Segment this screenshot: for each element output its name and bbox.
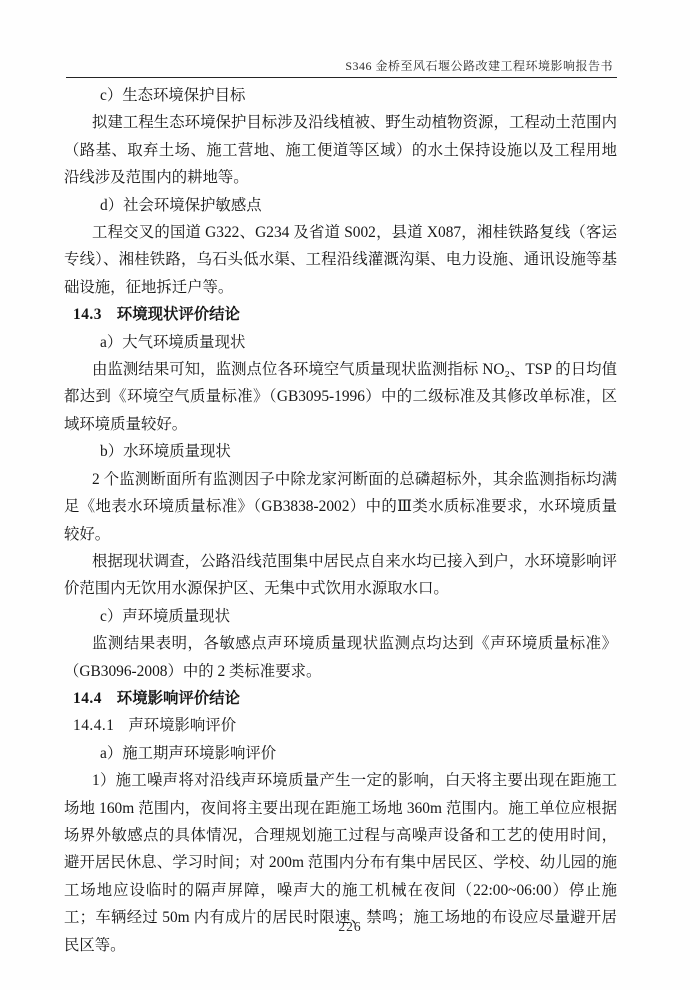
section-title: 声环境影响评价 [128, 717, 236, 734]
section-number: 14.4 [73, 690, 102, 707]
header-rule [66, 77, 617, 78]
section-title: 环境影响评价结论 [117, 690, 240, 707]
document-page: S346 金桥至风石堰公路改建工程环境影响报告书 c）生态环境保护目标 拟建工程… [0, 0, 700, 990]
page-footer: 226 [0, 918, 700, 936]
list-item-construction-noise: a）施工期声环境影响评价 [64, 740, 617, 767]
document-body: c）生态环境保护目标 拟建工程生态环境保护目标涉及沿线植被、野生动植物资源，工程… [64, 82, 617, 959]
section-heading-14-4: 14.4 环境影响评价结论 [73, 685, 617, 712]
paragraph-social-sensitive: 工程交叉的国道 G322、G234 及省道 S002，县道 X087，湘桂铁路复… [64, 219, 617, 301]
page-number: 226 [338, 919, 361, 935]
paragraph-noise-quality: 监测结果表明，各敏感点声环境质量现状监测点均达到《声环境质量标准》（GB3096… [64, 630, 617, 685]
list-item-noise-quality: c）声环境质量现状 [64, 603, 617, 630]
paragraph-eco-target: 拟建工程生态环境保护目标涉及沿线植被、野生动植物资源，工程动土范围内（路基、取弃… [64, 109, 617, 191]
section-title: 环境现状评价结论 [117, 306, 240, 323]
paragraph-water-quality-2: 根据现状调查，公路沿线范围集中居民点自来水均已接入到户，水环境影响评价范围内无饮… [64, 548, 617, 603]
paragraph-water-quality-1: 2 个监测断面所有监测因子中除龙家河断面的总磷超标外，其余监测指标均满足《地表水… [64, 466, 617, 548]
paragraph-air-quality: 由监测结果可知，监测点位各环境空气质量现状监测指标 NO₂、TSP 的日均值都达… [64, 356, 617, 438]
list-item-water-quality: b）水环境质量现状 [64, 438, 617, 465]
page-header: S346 金桥至风石堰公路改建工程环境影响报告书 [66, 57, 617, 78]
section-number: 14.3 [73, 306, 102, 323]
list-item-eco-target: c）生态环境保护目标 [64, 82, 617, 109]
header-title: S346 金桥至风石堰公路改建工程环境影响报告书 [66, 57, 617, 77]
section-heading-14-4-1: 14.4.1 声环境影响评价 [73, 712, 617, 739]
section-number: 14.4.1 [73, 717, 114, 734]
list-item-social-sensitive: d）社会环境保护敏感点 [64, 192, 617, 219]
list-item-air-quality: a）大气环境质量现状 [64, 329, 617, 356]
section-heading-14-3: 14.3 环境现状评价结论 [73, 301, 617, 328]
